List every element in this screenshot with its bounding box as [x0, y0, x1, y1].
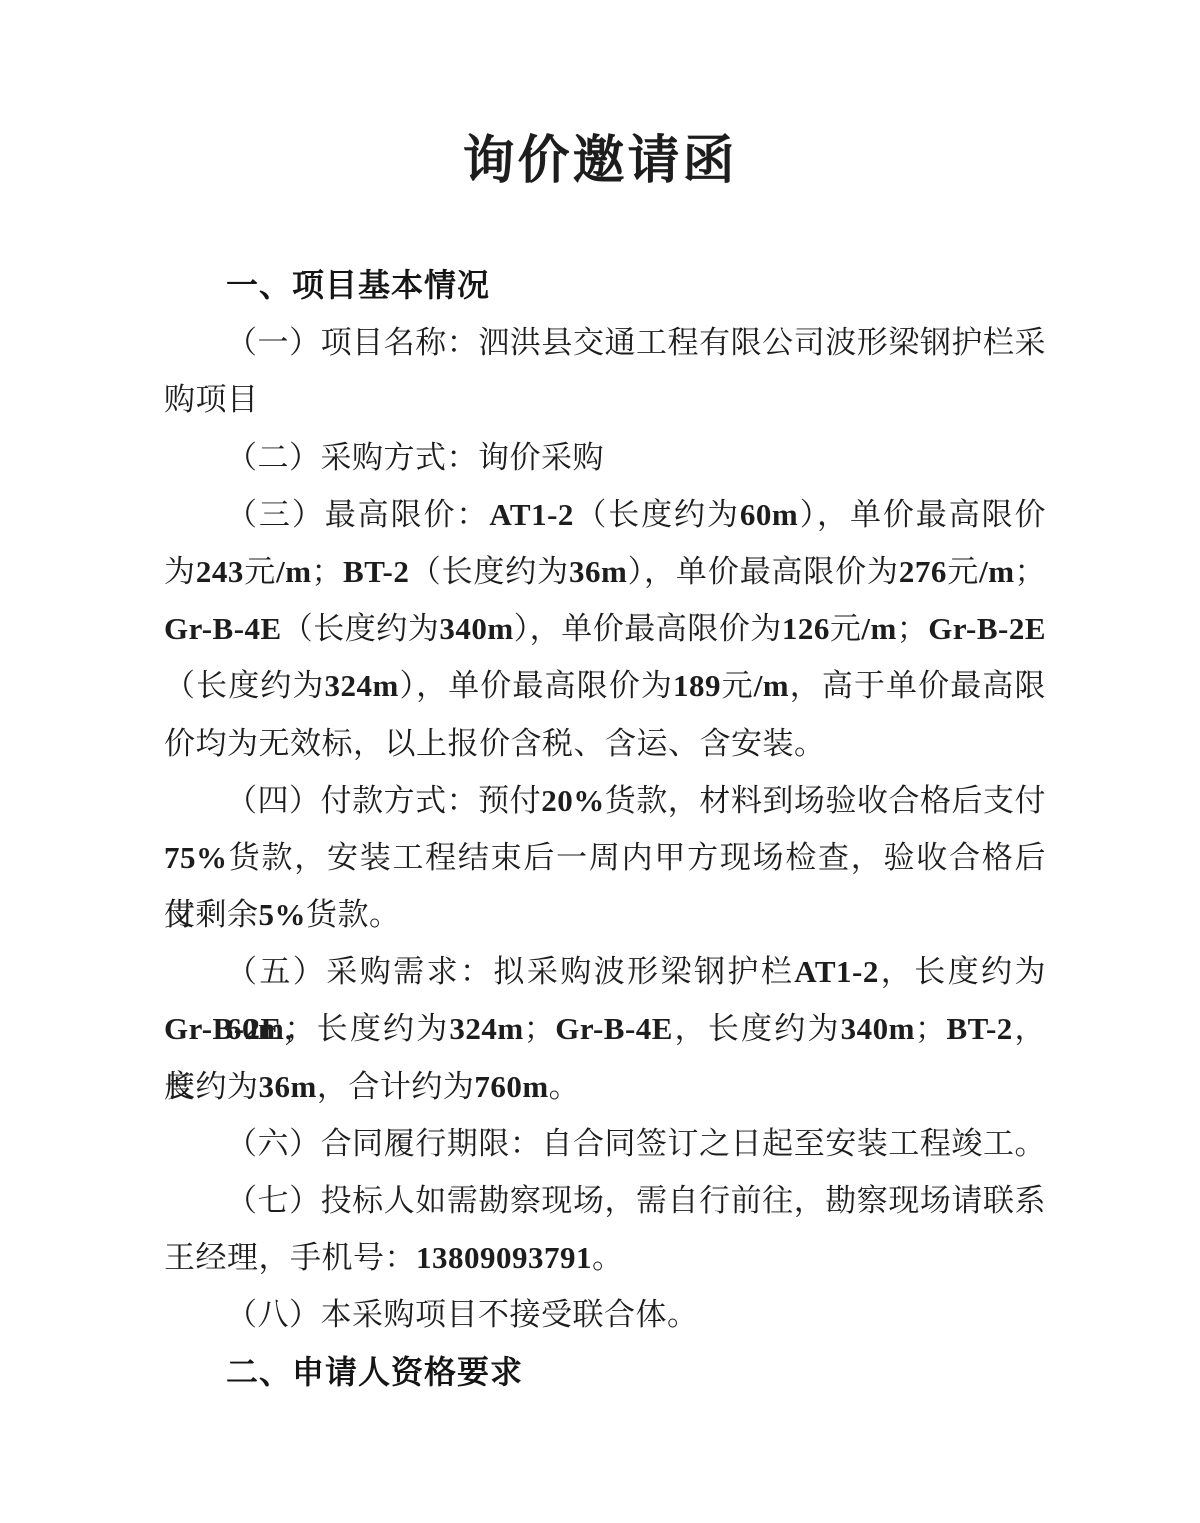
document-line: 王经理，手机号：13809093791。	[164, 1229, 1046, 1286]
document-line: 购项目	[164, 371, 1046, 428]
document-line: （一）项目名称：泗洪县交通工程有限公司波形梁钢护栏采	[164, 314, 1046, 371]
document-page: 询价邀请函 一、项目基本情况（一）项目名称：泗洪县交通工程有限公司波形梁钢护栏采…	[0, 0, 1200, 1523]
document-line: （八）本采购项目不接受联合体。	[164, 1286, 1046, 1343]
document-line: 度约为36m，合计约为760m。	[164, 1058, 1046, 1115]
section-heading: 一、项目基本情况	[164, 257, 1046, 314]
document-line: 价均为无效标，以上报价含税、含运、含安装。	[164, 715, 1046, 772]
document-line: （二）采购方式：询价采购	[164, 429, 1046, 486]
section-heading: 二、申请人资格要求	[164, 1344, 1046, 1401]
document-line: （六）合同履行期限：自合同签订之日起至安装工程竣工。	[164, 1115, 1046, 1172]
document-line: （三）最高限价：AT1-2（长度约为60m），单价最高限价	[164, 486, 1046, 543]
document-line: Gr-B-4E（长度约为340m），单价最高限价为126元/m；Gr-B-2E	[164, 600, 1046, 657]
document-line: （四）付款方式：预付20%货款，材料到场验收合格后支付	[164, 772, 1046, 829]
document-line: （长度约为324m），单价最高限价为189元/m，高于单价最高限	[164, 657, 1046, 714]
document-line: 付剩余5%货款。	[164, 886, 1046, 943]
document-line: 为243元/m；BT-2（长度约为36m），单价最高限价为276元/m；	[164, 543, 1046, 600]
document-line: Gr-B-2E，长度约为324m；Gr-B-4E，长度约为340m；BT-2，长	[164, 1000, 1046, 1057]
document-line: （七）投标人如需勘察现场，需自行前往，勘察现场请联系	[164, 1172, 1046, 1229]
document-title: 询价邀请函	[0, 118, 1200, 193]
document-line: （五）采购需求：拟采购波形梁钢护栏AT1-2，长度约为60m；	[164, 943, 1046, 1000]
document-line: 75%货款，安装工程结束后一周内甲方现场检查，验收合格后支	[164, 829, 1046, 886]
document-body: 一、项目基本情况（一）项目名称：泗洪县交通工程有限公司波形梁钢护栏采购项目（二）…	[164, 257, 1046, 1401]
